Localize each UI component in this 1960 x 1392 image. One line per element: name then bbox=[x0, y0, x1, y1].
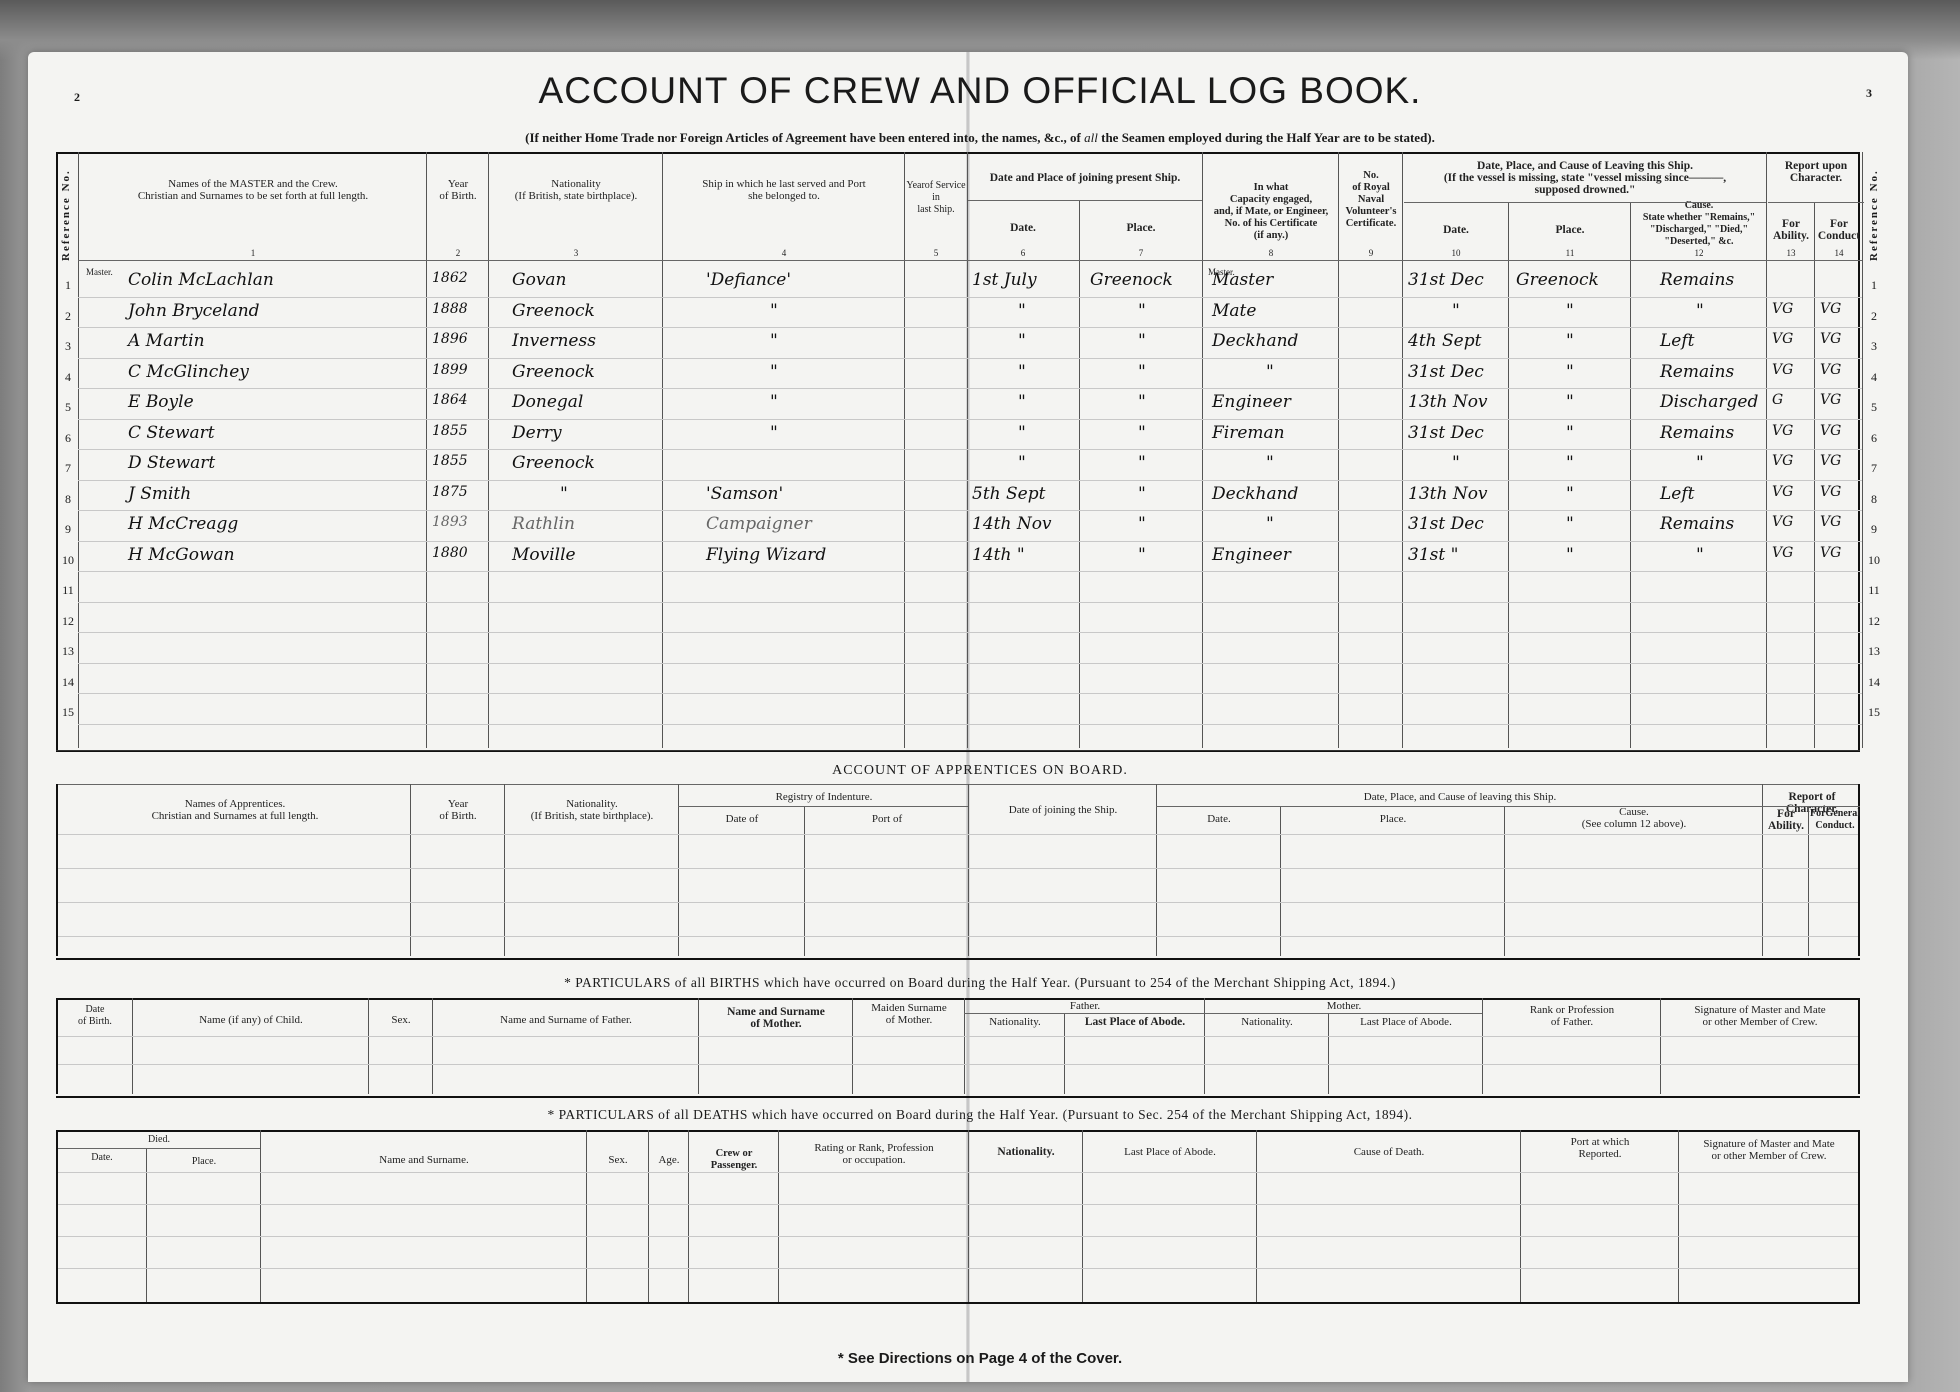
apprentices-top-rule bbox=[56, 750, 1860, 751]
ref-number-right: 9 bbox=[1862, 522, 1886, 537]
column-divider bbox=[410, 784, 411, 956]
row-rule bbox=[78, 602, 1862, 603]
births-header-father-abode: Last Place of Abode. bbox=[1066, 1016, 1204, 1028]
nationality-value: Rathlin bbox=[512, 514, 575, 534]
year-of-birth-value: 1855 bbox=[432, 453, 468, 469]
column-number: 6 bbox=[968, 247, 1078, 259]
leave-date-value: " bbox=[1452, 453, 1460, 473]
join-date-value: 5th Sept bbox=[972, 484, 1045, 504]
ref-number-left: 2 bbox=[56, 309, 80, 324]
join-place-value: " bbox=[1138, 362, 1146, 382]
document-subtitle: (If neither Home Trade nor Foreign Artic… bbox=[0, 130, 1960, 146]
column-number: 7 bbox=[1080, 247, 1202, 259]
capacity-value: " bbox=[1266, 453, 1274, 473]
leave-date-value: 31st Dec bbox=[1408, 270, 1484, 290]
row-rule bbox=[78, 419, 1862, 420]
apprentices-heading: ACCOUNT OF APPRENTICES ON BOARD. bbox=[0, 763, 1960, 779]
header-join-date: Date. bbox=[968, 222, 1078, 234]
conduct-value: VG bbox=[1820, 514, 1841, 530]
header-capacity: In what Capacity engaged, and, if Mate, … bbox=[1204, 182, 1338, 242]
appr-header-joining: Date of joining the Ship. bbox=[970, 804, 1156, 816]
nationality-value: Derry bbox=[512, 423, 562, 443]
crew-name-value: C McGlinchey bbox=[128, 362, 249, 382]
join-place-value: " bbox=[1138, 484, 1146, 504]
column-divider bbox=[778, 1130, 779, 1302]
deaths-header-abode: Last Place of Abode. bbox=[1084, 1146, 1256, 1158]
column-number: 9 bbox=[1340, 247, 1402, 259]
leave-place-value: " bbox=[1566, 545, 1574, 565]
row-rule bbox=[78, 388, 1862, 389]
cause-value: Left bbox=[1660, 331, 1694, 351]
capacity-value: Engineer bbox=[1212, 392, 1291, 412]
ref-number-left: 4 bbox=[56, 370, 80, 385]
column-divider bbox=[698, 998, 699, 1094]
column-divider bbox=[1520, 1130, 1521, 1302]
cause-value: Remains bbox=[1660, 514, 1734, 534]
join-place-value: " bbox=[1138, 423, 1146, 443]
header-year-of-birth: Year of Birth. bbox=[428, 178, 488, 202]
column-number: 5 bbox=[905, 247, 967, 259]
row-rule bbox=[58, 1172, 1858, 1173]
joining-group-divider bbox=[968, 200, 1202, 201]
header-report-group: Report upon Character. bbox=[1768, 160, 1864, 184]
header-conduct: For Conduct bbox=[1816, 218, 1862, 242]
row-rule bbox=[78, 480, 1862, 481]
column-divider bbox=[1280, 806, 1281, 956]
header-nationality: Nationality (If British, state birthplac… bbox=[490, 178, 662, 202]
appr-header-cause: Cause. (See column 12 above). bbox=[1506, 806, 1762, 830]
leave-date-value: 13th Nov bbox=[1408, 484, 1488, 504]
cause-value: Remains bbox=[1660, 423, 1734, 443]
row-rule bbox=[78, 449, 1862, 450]
deaths-top-rule bbox=[56, 1096, 1860, 1098]
column-divider bbox=[1082, 1130, 1083, 1302]
column-divider bbox=[1808, 806, 1809, 956]
leave-place-value: " bbox=[1566, 301, 1574, 321]
appr-header-ability: For Ability. bbox=[1764, 808, 1808, 832]
row-rule bbox=[78, 297, 1862, 298]
ability-value: G bbox=[1772, 392, 1783, 408]
header-leave-place: Place. bbox=[1510, 224, 1630, 236]
last-ship-value: Campaigner bbox=[706, 514, 812, 534]
deaths-header-place: Place. bbox=[148, 1156, 260, 1168]
crew-name-value: E Boyle bbox=[128, 392, 194, 412]
deaths-header-name: Name and Surname. bbox=[262, 1154, 586, 1166]
nationality-value: Donegal bbox=[512, 392, 583, 412]
row-rule bbox=[78, 358, 1862, 359]
appr-header-nationality: Nationality. (If British, state birthpla… bbox=[506, 798, 678, 822]
leave-place-value: " bbox=[1566, 453, 1574, 473]
deaths-header-cause: Cause of Death. bbox=[1258, 1146, 1520, 1158]
column-divider bbox=[426, 152, 427, 748]
crew-name-value: D Stewart bbox=[128, 453, 215, 473]
header-cause: Cause. State whether "Remains," "Dischar… bbox=[1632, 200, 1766, 248]
ref-number-left: 14 bbox=[56, 675, 80, 690]
births-heading: * PARTICULARS of all BIRTHS which have o… bbox=[0, 975, 1960, 991]
nationality-value: Inverness bbox=[512, 331, 596, 351]
ref-number-right: 2 bbox=[1862, 309, 1886, 324]
deaths-header-sex: Sex. bbox=[588, 1154, 648, 1166]
last-ship-value: " bbox=[770, 331, 778, 351]
join-place-value: " bbox=[1138, 331, 1146, 351]
column-divider bbox=[432, 998, 433, 1094]
births-header-sex: Sex. bbox=[370, 1014, 432, 1026]
ability-value: VG bbox=[1772, 301, 1793, 317]
column-number: 8 bbox=[1204, 247, 1338, 259]
join-date-value: 14th " bbox=[972, 545, 1025, 565]
column-divider bbox=[1678, 1130, 1679, 1302]
died-divider bbox=[58, 1148, 260, 1149]
leave-place-value: " bbox=[1566, 331, 1574, 351]
row-rule bbox=[58, 868, 1858, 869]
cause-value: Discharged bbox=[1660, 392, 1758, 412]
ref-number-right: 10 bbox=[1862, 553, 1886, 568]
year-of-birth-value: 1880 bbox=[432, 545, 468, 561]
leave-place-value: " bbox=[1566, 484, 1574, 504]
column-divider bbox=[904, 152, 905, 748]
row-rule bbox=[58, 1204, 1858, 1205]
ref-number-right: 12 bbox=[1862, 614, 1886, 629]
births-header-mother-abode: Last Place of Abode. bbox=[1330, 1016, 1482, 1028]
ref-number-right: 8 bbox=[1862, 492, 1886, 507]
row-rule bbox=[78, 571, 1862, 572]
column-divider bbox=[678, 784, 679, 956]
capacity-value: Deckhand bbox=[1212, 331, 1298, 351]
appr-header-date-of: Date of bbox=[680, 813, 804, 825]
year-of-birth-value: 1862 bbox=[432, 270, 468, 286]
crew-name-value: John Bryceland bbox=[128, 301, 260, 321]
ability-value: VG bbox=[1772, 453, 1793, 469]
column-divider bbox=[688, 1130, 689, 1302]
registry-divider bbox=[678, 806, 968, 807]
births-header-mother-name: Name and Surname of Mother. bbox=[700, 1006, 852, 1030]
column-divider bbox=[967, 152, 968, 748]
column-divider bbox=[648, 1130, 649, 1302]
nationality-value: " bbox=[560, 484, 568, 504]
row-rule bbox=[78, 541, 1862, 542]
row-rule bbox=[58, 1236, 1858, 1237]
header-joining-group: Date and Place of joining present Ship. bbox=[968, 172, 1202, 184]
deaths-header-port: Port at which Reported. bbox=[1522, 1136, 1678, 1160]
column-number: 1 bbox=[80, 247, 426, 259]
column-divider bbox=[1482, 998, 1483, 1094]
column-divider bbox=[1338, 152, 1339, 748]
column-divider bbox=[1402, 152, 1403, 748]
ability-value: VG bbox=[1772, 331, 1793, 347]
column-divider bbox=[488, 152, 489, 748]
ref-number-left: 8 bbox=[56, 492, 80, 507]
capacity-value: Master bbox=[1212, 270, 1273, 290]
births-header-father-name: Name and Surname of Father. bbox=[434, 1014, 698, 1026]
ref-number-left: 10 bbox=[56, 553, 80, 568]
column-number: 13 bbox=[1768, 247, 1814, 259]
row-rule bbox=[78, 724, 1862, 725]
header-ability: For Ability. bbox=[1768, 218, 1814, 242]
background-shadow bbox=[0, 0, 1960, 60]
capacity-value: Engineer bbox=[1212, 545, 1291, 565]
births-header-father-group: Father. bbox=[966, 1000, 1204, 1012]
row-rule bbox=[78, 510, 1862, 511]
capacity-value: Mate bbox=[1212, 301, 1256, 321]
births-header-rank: Rank or Profession of Father. bbox=[1484, 1004, 1660, 1028]
column-divider bbox=[662, 152, 663, 748]
column-number: 11 bbox=[1510, 247, 1630, 259]
column-divider bbox=[1064, 1014, 1065, 1094]
last-ship-value: " bbox=[770, 301, 778, 321]
leave-date-value: 31st Dec bbox=[1408, 362, 1484, 382]
cause-value: Remains bbox=[1660, 270, 1734, 290]
year-of-birth-value: 1855 bbox=[432, 423, 468, 439]
column-divider bbox=[1202, 152, 1203, 748]
ability-value: VG bbox=[1772, 362, 1793, 378]
year-of-birth-value: 1875 bbox=[432, 484, 468, 500]
last-ship-value: " bbox=[770, 362, 778, 382]
header-ref-no-left: Reference No. bbox=[60, 160, 78, 270]
column-divider bbox=[1762, 784, 1763, 956]
births-header-mother-nat: Nationality. bbox=[1206, 1016, 1328, 1028]
header-names: Names of the MASTER and the Crew. Christ… bbox=[80, 178, 426, 202]
conduct-value: VG bbox=[1820, 301, 1841, 317]
leave-date-value: 31st Dec bbox=[1408, 423, 1484, 443]
births-header-father-nat: Nationality. bbox=[966, 1016, 1064, 1028]
conduct-value: VG bbox=[1820, 362, 1841, 378]
join-place-value: " bbox=[1138, 392, 1146, 412]
cause-value: " bbox=[1696, 453, 1704, 473]
column-divider bbox=[1508, 202, 1509, 748]
row-rule bbox=[78, 327, 1862, 328]
ref-number-right: 5 bbox=[1862, 400, 1886, 415]
column-divider bbox=[1328, 1014, 1329, 1094]
conduct-value: VG bbox=[1820, 392, 1841, 408]
ref-number-left: 9 bbox=[56, 522, 80, 537]
leaving-divider bbox=[1156, 806, 1860, 807]
last-ship-value: 'Defiance' bbox=[706, 270, 791, 290]
leave-date-value: 4th Sept bbox=[1408, 331, 1481, 351]
header-leave-date: Date. bbox=[1404, 224, 1508, 236]
ability-value: VG bbox=[1772, 545, 1793, 561]
ref-number-right: 11 bbox=[1862, 583, 1886, 598]
column-divider bbox=[1660, 998, 1661, 1094]
appr-header-conduct: ForGeneral Conduct. bbox=[1810, 808, 1860, 832]
join-place-value: " bbox=[1138, 514, 1146, 534]
deaths-header-crew: Crew or Passenger. bbox=[690, 1148, 778, 1172]
last-ship-value: 'Samson' bbox=[706, 484, 783, 504]
births-header-signature: Signature of Master and Mate or other Me… bbox=[1662, 1004, 1858, 1028]
appr-header-leaving-group: Date, Place, and Cause of leaving this S… bbox=[1158, 791, 1762, 803]
cause-value: Left bbox=[1660, 484, 1694, 504]
ref-number-right: 13 bbox=[1862, 644, 1886, 659]
last-ship-value: Flying Wizard bbox=[706, 545, 826, 565]
column-divider bbox=[1630, 202, 1631, 748]
crew-name-value: H McGowan bbox=[128, 545, 235, 565]
births-header-date: Date of Birth. bbox=[58, 1004, 132, 1028]
leave-date-value: 31st Dec bbox=[1408, 514, 1484, 534]
conduct-value: VG bbox=[1820, 331, 1841, 347]
column-divider bbox=[1766, 152, 1767, 748]
births-header-mother-group: Mother. bbox=[1206, 1000, 1482, 1012]
ref-number-left: 1 bbox=[56, 278, 80, 293]
join-date-value: " bbox=[1018, 301, 1026, 321]
leave-place-value: " bbox=[1566, 392, 1574, 412]
header-last-ship: Ship in which he last served and Port sh… bbox=[664, 178, 904, 202]
header-rnv-certificate: No. of Royal Naval Volunteer's Certifica… bbox=[1340, 170, 1402, 230]
column-divider bbox=[260, 1130, 261, 1302]
last-ship-value: " bbox=[770, 392, 778, 412]
column-number: 14 bbox=[1816, 247, 1862, 259]
crew-name-value: J Smith bbox=[128, 484, 191, 504]
births-header-child: Name (if any) of Child. bbox=[134, 1014, 368, 1026]
year-of-birth-value: 1896 bbox=[432, 331, 468, 347]
column-divider bbox=[852, 998, 853, 1094]
leave-place-value: " bbox=[1566, 362, 1574, 382]
join-date-value: " bbox=[1018, 392, 1026, 412]
master-label: Master. bbox=[86, 266, 113, 278]
crew-name-value: Colin McLachlan bbox=[128, 270, 274, 290]
appr-header-port-of: Port of bbox=[806, 813, 968, 825]
crew-name-value: H McCreagg bbox=[128, 514, 238, 534]
join-date-value: " bbox=[1018, 423, 1026, 443]
leave-place-value: " bbox=[1566, 423, 1574, 443]
ref-number-left: 12 bbox=[56, 614, 80, 629]
join-place-value: " bbox=[1138, 453, 1146, 473]
column-divider bbox=[968, 784, 969, 956]
row-rule bbox=[58, 1036, 1858, 1037]
births-header-maiden: Maiden Surname of Mother. bbox=[854, 1002, 964, 1026]
ref-number-right: 14 bbox=[1862, 675, 1886, 690]
column-divider bbox=[1079, 200, 1080, 748]
column-divider bbox=[1814, 202, 1815, 748]
year-of-birth-value: 1893 bbox=[432, 514, 468, 530]
parents-divider bbox=[964, 1013, 1482, 1014]
ref-number-right: 15 bbox=[1862, 705, 1886, 720]
leave-date-value: " bbox=[1452, 301, 1460, 321]
row-rule bbox=[58, 936, 1858, 937]
column-divider bbox=[968, 1130, 969, 1302]
appr-header-year: Year of Birth. bbox=[412, 798, 504, 822]
appr-header-date: Date. bbox=[1158, 813, 1280, 825]
ref-number-left: 13 bbox=[56, 644, 80, 659]
appr-header-place: Place. bbox=[1282, 813, 1504, 825]
conduct-value: VG bbox=[1820, 545, 1841, 561]
column-number: 3 bbox=[490, 247, 662, 259]
deaths-header-signature: Signature of Master and Mate or other Me… bbox=[1680, 1138, 1858, 1162]
column-divider bbox=[504, 784, 505, 956]
ref-number-left: 15 bbox=[56, 705, 80, 720]
column-divider bbox=[1504, 806, 1505, 956]
ability-value: VG bbox=[1772, 484, 1793, 500]
ref-number-right: 4 bbox=[1862, 370, 1886, 385]
cause-value: " bbox=[1696, 545, 1704, 565]
conduct-value: VG bbox=[1820, 484, 1841, 500]
column-number: 4 bbox=[664, 247, 904, 259]
deaths-heading: * PARTICULARS of all DEATHS which have o… bbox=[0, 1107, 1960, 1123]
ref-number-right: 6 bbox=[1862, 431, 1886, 446]
capacity-value: Deckhand bbox=[1212, 484, 1298, 504]
header-ref-no-right: Reference No. bbox=[1868, 160, 1886, 270]
column-divider bbox=[1156, 784, 1157, 956]
leave-date-value: 13th Nov bbox=[1408, 392, 1488, 412]
nationality-value: Greenock bbox=[512, 301, 595, 321]
leave-place-value: " bbox=[1566, 514, 1574, 534]
join-date-value: 14th Nov bbox=[972, 514, 1052, 534]
ref-number-right: 1 bbox=[1862, 278, 1886, 293]
column-number: 2 bbox=[428, 247, 488, 259]
births-top-rule bbox=[56, 958, 1860, 960]
crew-header-bottom-rule bbox=[78, 260, 1862, 261]
join-place-value: " bbox=[1138, 545, 1146, 565]
column-divider bbox=[804, 806, 805, 956]
ref-number-left: 7 bbox=[56, 461, 80, 476]
ability-value: VG bbox=[1772, 423, 1793, 439]
capacity-value: " bbox=[1266, 514, 1274, 534]
join-place-value: Greenock bbox=[1090, 270, 1173, 290]
crew-table-top-rule bbox=[56, 152, 1860, 154]
column-divider bbox=[132, 998, 133, 1094]
conduct-value: VG bbox=[1820, 423, 1841, 439]
row-rule bbox=[78, 663, 1862, 664]
year-of-birth-value: 1899 bbox=[432, 362, 468, 378]
row-rule bbox=[78, 693, 1862, 694]
appr-header-registry-group: Registry of Indenture. bbox=[680, 791, 968, 803]
nationality-value: Moville bbox=[512, 545, 576, 565]
ref-number-left: 5 bbox=[56, 400, 80, 415]
column-number: 12 bbox=[1632, 247, 1766, 259]
leaving-group-divider bbox=[1404, 202, 1766, 203]
crew-name-value: C Stewart bbox=[128, 423, 215, 443]
crew-name-value: A Martin bbox=[128, 331, 205, 351]
footer-note: * See Directions on Page 4 of the Cover. bbox=[0, 1350, 1960, 1367]
year-of-birth-value: 1864 bbox=[432, 392, 468, 408]
join-date-value: " bbox=[1018, 362, 1026, 382]
ref-number-left: 6 bbox=[56, 431, 80, 446]
join-date-value: 1st July bbox=[972, 270, 1037, 290]
cause-value: " bbox=[1696, 301, 1704, 321]
header-year-service: Yearof Service in last Ship. bbox=[905, 180, 967, 216]
cause-value: Remains bbox=[1660, 362, 1734, 382]
deaths-header-date: Date. bbox=[58, 1152, 146, 1164]
row-rule bbox=[58, 834, 1858, 835]
join-date-value: " bbox=[1018, 453, 1026, 473]
join-place-value: " bbox=[1138, 301, 1146, 321]
appr-header-names: Names of Apprentices. Christian and Surn… bbox=[60, 798, 410, 822]
column-divider bbox=[1256, 1130, 1257, 1302]
nationality-value: Greenock bbox=[512, 362, 595, 382]
year-of-birth-value: 1888 bbox=[432, 301, 468, 317]
last-ship-value: " bbox=[770, 423, 778, 443]
join-date-value: " bbox=[1018, 331, 1026, 351]
row-rule bbox=[78, 632, 1862, 633]
ref-number-right: 3 bbox=[1862, 339, 1886, 354]
header-join-place: Place. bbox=[1080, 222, 1202, 234]
ref-number-right: 7 bbox=[1862, 461, 1886, 476]
ref-number-left: 11 bbox=[56, 583, 80, 598]
capacity-value: " bbox=[1266, 362, 1274, 382]
document-title: ACCOUNT OF CREW AND OFFICIAL LOG BOOK. bbox=[0, 70, 1960, 112]
ref-number-left: 3 bbox=[56, 339, 80, 354]
column-divider bbox=[368, 998, 369, 1094]
deaths-header-nationality: Nationality. bbox=[970, 1146, 1082, 1158]
column-divider bbox=[586, 1130, 587, 1302]
leave-place-value: Greenock bbox=[1516, 270, 1599, 290]
report-group-divider bbox=[1768, 202, 1864, 203]
header-leaving-group: Date, Place, and Cause of Leaving this S… bbox=[1404, 160, 1766, 196]
row-rule bbox=[58, 1064, 1858, 1065]
row-rule bbox=[58, 902, 1858, 903]
column-number: 10 bbox=[1404, 247, 1508, 259]
deaths-header-died-group: Died. bbox=[58, 1134, 260, 1146]
nationality-value: Greenock bbox=[512, 453, 595, 473]
ability-value: VG bbox=[1772, 514, 1793, 530]
